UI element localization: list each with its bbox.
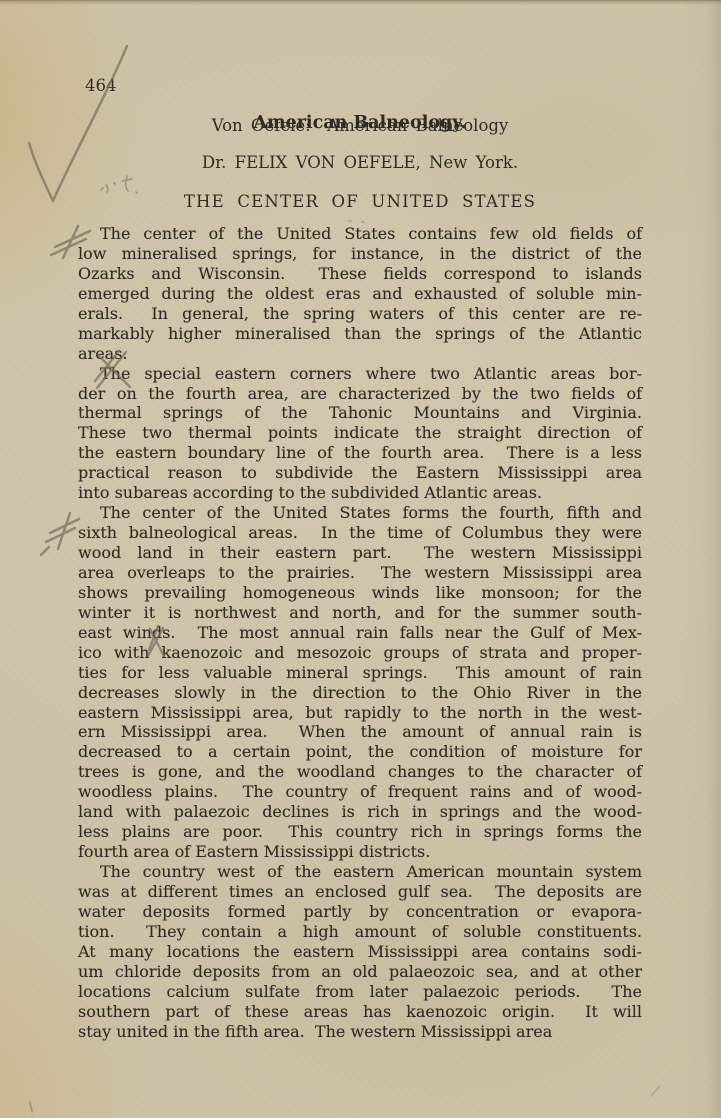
paragraph: The center of the United States contains… xyxy=(78,224,642,364)
text-line: less plains are poor. This country rich … xyxy=(78,822,642,842)
text-line: The special eastern corners where two At… xyxy=(78,364,642,384)
text-line: Ozarks and Wisconsin. These fields corre… xyxy=(78,264,642,284)
text-line: ties for less valuable mineral springs. … xyxy=(78,663,642,683)
text-line: eastern Mississippi area, but rapidly to… xyxy=(78,703,642,723)
text-line: areas. xyxy=(78,344,642,364)
text-line: area overleaps to the prairies. The west… xyxy=(78,563,642,583)
text-line: trees is gone, and the woodland changes … xyxy=(78,762,642,782)
text-line: The country west of the eastern American… xyxy=(78,862,642,882)
text-line: east winds. The most annual rain falls n… xyxy=(78,623,642,643)
text-line: der on the fourth area, are characterize… xyxy=(78,384,642,404)
text-line: ico with kaenozoic and mesozoic groups o… xyxy=(78,643,642,663)
text-line: decreased to a certain point, the condit… xyxy=(78,742,642,762)
text-line: low mineralised springs, for instance, i… xyxy=(78,244,642,264)
text-line: markably higher mineralised than the spr… xyxy=(78,324,642,344)
text-line: These two thermal points indicate the st… xyxy=(78,423,642,443)
text-line: woodless plains. The country of frequent… xyxy=(78,782,642,802)
paragraph: The country west of the eastern American… xyxy=(78,862,642,1041)
text-line: The center of the United States contains… xyxy=(78,224,642,244)
text-line: decreases slowly in the direction to the… xyxy=(78,683,642,703)
text-line: shows prevailing homogeneous winds like … xyxy=(78,583,642,603)
page-number: 464 xyxy=(85,76,117,96)
text-line: um chloride deposits from an old palaeoz… xyxy=(78,962,642,982)
text-line: winter it is northwest and north, and fo… xyxy=(78,603,642,623)
text-line: locations calcium sulfate from later pal… xyxy=(78,982,642,1002)
scanned-book-page: 464 Von Oefele: American Balneology Amer… xyxy=(0,0,721,1118)
text-line: water deposits formed partly by concentr… xyxy=(78,902,642,922)
section-heading: THE CENTER OF UNITED STATES xyxy=(78,192,642,211)
pencil-hash-mark-2 xyxy=(41,513,79,555)
text-line: land with palaezoic declines is rich in … xyxy=(78,802,642,822)
pencil-tick-bottom-left xyxy=(30,1102,32,1112)
page-header: 464 Von Oefele: American Balneology xyxy=(78,76,642,96)
text-line: emerged during the oldest eras and exhau… xyxy=(78,284,642,304)
pencil-tick-bottom-right xyxy=(651,1086,660,1096)
text-line: into subareas according to the subdivide… xyxy=(78,483,642,503)
text-line: thermal springs of the Tahonic Mountains… xyxy=(78,403,642,423)
paragraph: The center of the United States forms th… xyxy=(78,503,642,862)
text-line: ern Mississippi area. When the amount of… xyxy=(78,722,642,742)
author-byline: Dr. FELIX VON OEFELE, New York. xyxy=(78,153,642,172)
text-line: southern part of these areas has kaenozo… xyxy=(78,1002,642,1022)
text-line: the eastern boundary line of the fourth … xyxy=(78,443,642,463)
text-line: At many locations the eastern Mississipp… xyxy=(78,942,642,962)
pencil-scribble xyxy=(101,176,137,193)
text-line: wood land in their eastern part. The wes… xyxy=(78,543,642,563)
text-line: stay united in the fifth area. The weste… xyxy=(78,1022,642,1042)
text-line: fourth area of Eastern Mississippi distr… xyxy=(78,842,642,862)
paragraph: The special eastern corners where two At… xyxy=(78,364,642,504)
pencil-dots-under-heading xyxy=(349,221,364,222)
text-line: practical reason to subdivide the Easter… xyxy=(78,463,642,483)
text-line: tion. They contain a high amount of solu… xyxy=(78,922,642,942)
page-body: The center of the United States contains… xyxy=(78,224,642,1041)
text-line: erals. In general, the spring waters of … xyxy=(78,304,642,324)
text-line: was at different times an enclosed gulf … xyxy=(78,882,642,902)
text-line: sixth balneological areas. In the time o… xyxy=(78,523,642,543)
article-title: American Balneology. xyxy=(78,113,642,133)
text-line: The center of the United States forms th… xyxy=(78,503,642,523)
